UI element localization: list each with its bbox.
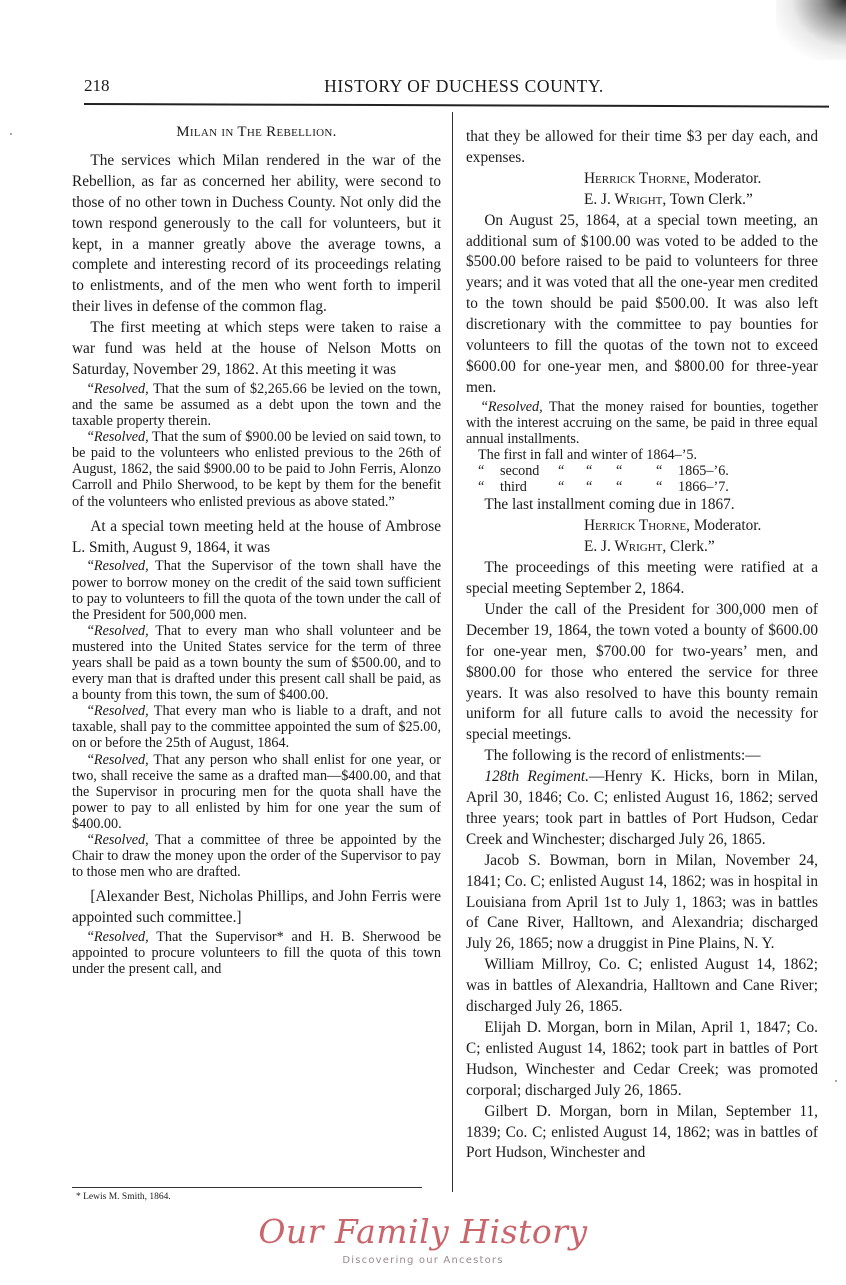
- footnote-rule: [72, 1187, 422, 1188]
- paragraph: that they be allowed for their time $3 p…: [466, 127, 818, 169]
- scan-speck: [835, 1080, 837, 1082]
- right-column: that they be allowed for their time $3 p…: [466, 127, 818, 1164]
- signature-moderator: Herrick Thorne, Moderator.: [466, 516, 818, 537]
- signature-clerk: E. J. Wright, Clerk.”: [466, 537, 818, 558]
- resolution: “Resolved, That the Supervisor* and H. B…: [72, 929, 441, 977]
- section-title: Milan in The Rebellion.: [72, 122, 441, 143]
- footnote: * Lewis M. Smith, 1864.: [76, 1192, 171, 1202]
- paragraph: The first meeting at which steps were ta…: [72, 318, 441, 381]
- paragraph: On August 25, 1864, at a special town me…: [466, 211, 818, 399]
- installment-row: “second““““1865–’6.: [466, 463, 818, 479]
- resolution: “Resolved, That every man who is liable …: [72, 703, 441, 751]
- resolution: “Resolved, That the sum of $2,265.66 be …: [72, 381, 441, 429]
- signature-clerk: E. J. Wright, Town Clerk.”: [466, 190, 818, 211]
- brand-title: Our Family History: [0, 1212, 846, 1251]
- enlistment-entry: William Millroy, Co. C; enlisted August …: [466, 955, 818, 1018]
- enlistment-entry: Gilbert D. Morgan, born in Milan, Septem…: [466, 1102, 818, 1165]
- resolution: “Resolved, That the sum of $900.00 be le…: [72, 429, 441, 509]
- watermark-branding: Our Family History Discovering our Ances…: [0, 1212, 846, 1266]
- enlistment-entry: Elijah D. Morgan, born in Milan, April 1…: [466, 1018, 818, 1102]
- enlistment-entry: Jacob S. Bowman, born in Milan, November…: [466, 851, 818, 956]
- scan-corner-shadow: [776, 0, 846, 60]
- paragraph: The proceedings of this meeting were rat…: [466, 558, 818, 600]
- resolution: “Resolved, That the money raised for bou…: [466, 399, 818, 447]
- paragraph: Under the call of the President for 300,…: [466, 600, 818, 746]
- page-header: 218 HISTORY OF DUCHESS COUNTY.: [84, 76, 824, 98]
- enlistment-entry: 128th Regiment.—Henry K. Hicks, born in …: [466, 767, 818, 851]
- spacer: [72, 510, 441, 517]
- scan-speck: [10, 133, 12, 135]
- left-column: Milan in The Rebellion. The services whi…: [72, 122, 441, 977]
- installment-row: “third““““1866–’7.: [466, 479, 818, 495]
- installment-row: The first in fall and winter of 1864–’5.: [466, 447, 818, 463]
- running-title: HISTORY OF DUCHESS COUNTY.: [84, 76, 824, 97]
- paragraph: The services which Milan rendered in the…: [72, 151, 441, 318]
- paragraph: [Alexander Best, Nicholas Phillips, and …: [72, 887, 441, 929]
- brand-tagline: Discovering our Ancestors: [0, 1255, 846, 1266]
- resolution: “Resolved, That the Supervisor of the to…: [72, 558, 441, 622]
- paragraph: At a special town meeting held at the ho…: [72, 517, 441, 559]
- paragraph: The last installment coming due in 1867.: [466, 495, 818, 516]
- resolution: “Resolved, That any person who shall enl…: [72, 752, 441, 832]
- header-rule: [84, 103, 829, 108]
- paragraph: The following is the record of enlistmen…: [466, 746, 818, 767]
- spacer: [72, 880, 441, 887]
- resolution: “Resolved, That a committee of three be …: [72, 832, 441, 880]
- resolution: “Resolved, That to every man who shall v…: [72, 623, 441, 703]
- column-divider: [452, 112, 453, 1192]
- signature-moderator: Herrick Thorne, Moderator.: [466, 169, 818, 190]
